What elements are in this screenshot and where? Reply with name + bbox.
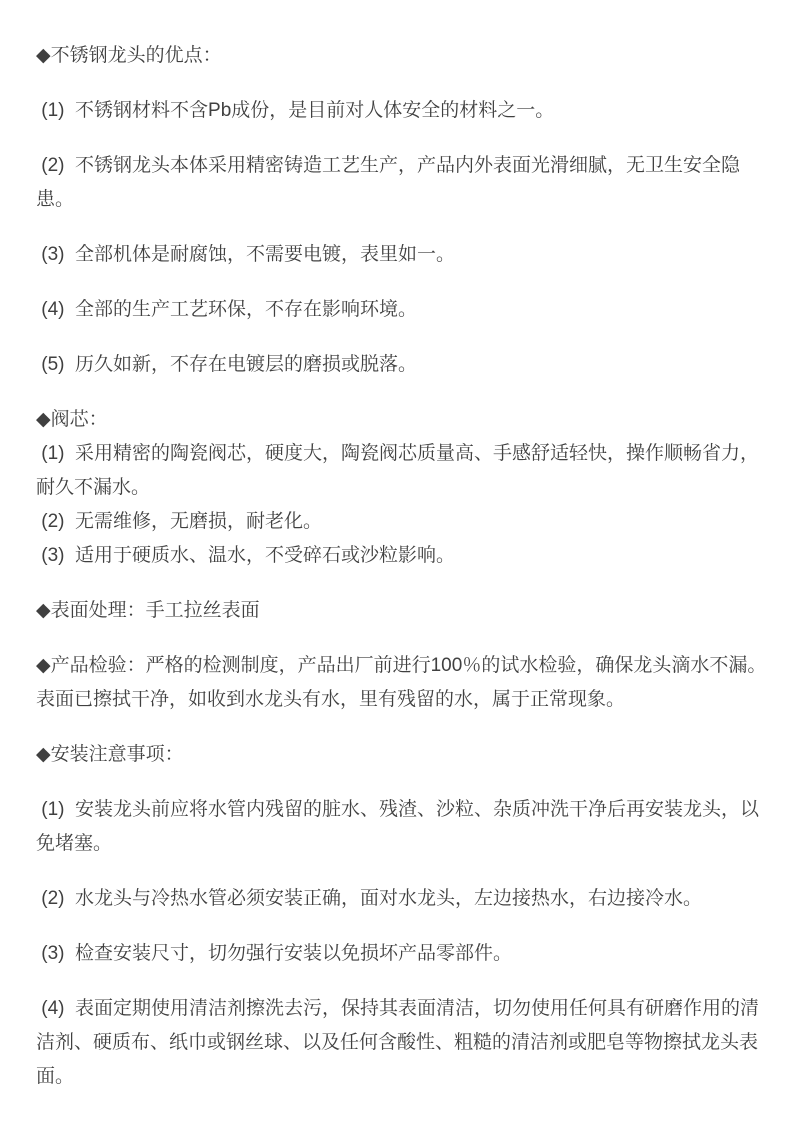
installation-heading: ◆安装注意事项： <box>36 738 786 772</box>
advantage-item-3: (3) 全部机体是耐腐蚀，不需要电镀，表里如一。 <box>36 238 786 272</box>
valve-core-item-2: (2) 无需维修，无磨损，耐老化。 <box>36 505 786 539</box>
valve-core-heading: ◆阀芯： <box>36 403 786 437</box>
valve-core-section: ◆阀芯： (1) 采用精密的陶瓷阀芯，硬度大，陶瓷阀芯质量高、手感舒适轻快，操作… <box>36 403 786 573</box>
product-description-page: ◆不锈钢龙头的优点： (1) 不锈钢材料不含Pb成份，是目前对人体安全的材料之一… <box>0 0 800 1126</box>
advantage-item-4: (4) 全部的生产工艺环保，不存在影响环境。 <box>36 293 786 327</box>
advantages-heading: ◆不锈钢龙头的优点： <box>36 39 786 73</box>
install-item-2: (2) 水龙头与冷热水管必须安装正确，面对水龙头，左边接热水，右边接冷水。 <box>36 882 786 916</box>
advantage-item-5: (5) 历久如新，不存在电镀层的磨损或脱落。 <box>36 348 786 382</box>
install-item-3: (3) 检查安装尺寸，切勿强行安装以免损坏产品零部件。 <box>36 937 786 971</box>
valve-core-item-1: (1) 采用精密的陶瓷阀芯，硬度大，陶瓷阀芯质量高、手感舒适轻快，操作顺畅省力，… <box>36 437 786 505</box>
inspection-paragraph: ◆产品检验：严格的检测制度，产品出厂前进行100％的试水检验，确保龙头滴水不漏。… <box>36 649 786 717</box>
surface-finish-heading: ◆表面处理：手工拉丝表面 <box>36 594 786 628</box>
install-item-1: (1) 安装龙头前应将水管内残留的脏水、残渣、沙粒、杂质冲洗干净后再安装龙头，以… <box>36 793 786 861</box>
valve-core-item-3: (3) 适用于硬质水、温水，不受碎石或沙粒影响。 <box>36 539 786 573</box>
advantage-item-1: (1) 不锈钢材料不含Pb成份，是目前对人体安全的材料之一。 <box>36 94 786 128</box>
install-item-4: (4) 表面定期使用清洁剂擦洗去污，保持其表面清洁，切勿使用任何具有研磨作用的清… <box>36 992 786 1094</box>
advantage-item-2: (2) 不锈钢龙头本体采用精密铸造工艺生产，产品内外表面光滑细腻，无卫生安全隐 … <box>36 149 786 217</box>
